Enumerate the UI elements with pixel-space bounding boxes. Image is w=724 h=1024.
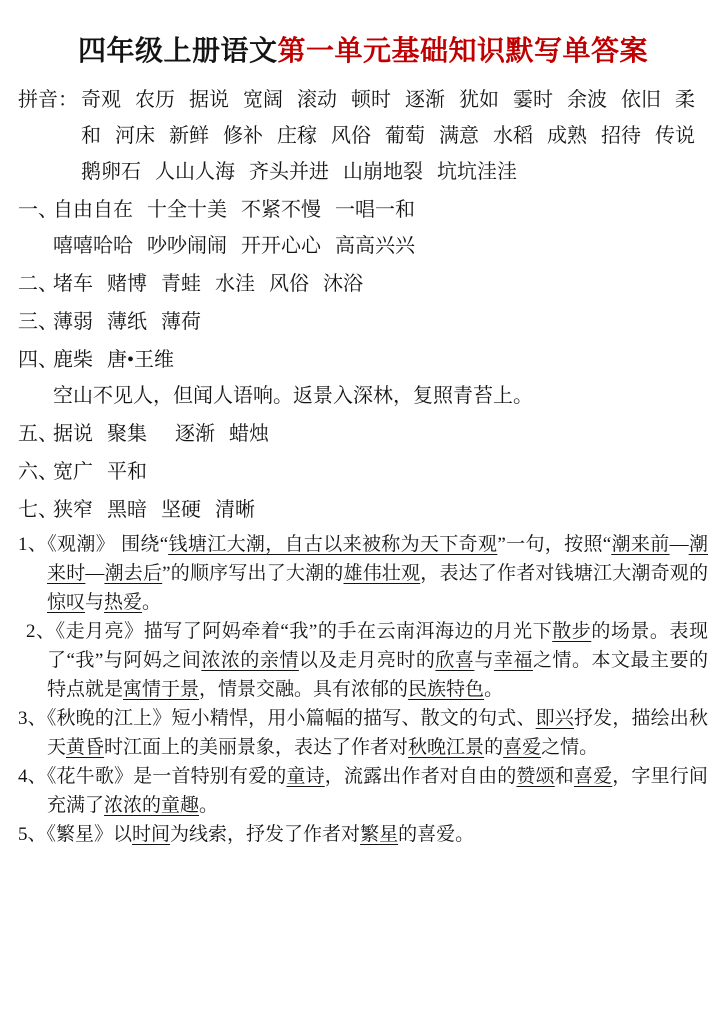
underlined-text: 时间 [132, 824, 170, 845]
word-line: 据说 聚集 逐渐 蜡烛 [53, 416, 708, 452]
word-sections: 一、自由自在 十全十美 不紧不慢 一唱一和嘻嘻哈哈 吵吵闹闹 开开心心 高高兴兴… [18, 192, 708, 528]
underlined-text: 寓情于景 [123, 679, 199, 700]
note-item: 5、《繁星》以时间为线索，抒发了作者对繁星的喜爱。 [18, 820, 708, 849]
underlined-text: 幸福 [494, 650, 533, 671]
plain-text: 的喜爱。 [398, 824, 474, 845]
underlined-text: 喜爱 [574, 766, 612, 787]
word-section-words: 堵车 赌博 青蛙 水洼 风俗 沐浴 [53, 266, 708, 302]
word-section: 二、堵车 赌博 青蛙 水洼 风俗 沐浴 [18, 266, 708, 302]
document-page: 四年级上册语文第一单元基础知识默写单答案 拼音： 奇观 农历 据说 宽阔 滚动 … [0, 0, 724, 1024]
underlined-text: 热爱 [104, 592, 142, 613]
underlined-text: 雄伟壮观 [344, 563, 421, 584]
note-item: 1、《观潮》 围绕“钱塘江大潮，自古以来被称为天下奇观”一句，按照“潮来前—潮来… [18, 530, 708, 617]
plain-text: ，流露出作者对自由的 [325, 766, 517, 787]
plain-text: 《花牛歌》是一首特别有爱的 [47, 766, 287, 787]
title-highlight: 第一单元基础知识默写单答案 [278, 36, 649, 67]
plain-text: ，情景交融。具有浓郁的 [199, 679, 408, 700]
plain-text: 与 [85, 592, 104, 613]
word-line: 自由自在 十全十美 不紧不慢 一唱一和 [53, 192, 708, 228]
word-line: 狭窄 黑暗 坚硬 清晰 [53, 492, 708, 528]
underlined-text: 欣喜 [435, 650, 474, 671]
word-section-words: 薄弱 薄纸 薄荷 [53, 304, 708, 340]
underlined-text: 即兴 [536, 708, 574, 729]
underlined-text: 潮去后 [104, 563, 162, 584]
word-section: 一、自由自在 十全十美 不紧不慢 一唱一和嘻嘻哈哈 吵吵闹闹 开开心心 高高兴兴 [18, 192, 708, 264]
underlined-text: 浓浓的童趣 [104, 795, 199, 816]
underlined-text: 浓浓的亲情 [201, 650, 299, 671]
word-section: 三、薄弱 薄纸 薄荷 [18, 304, 708, 340]
word-line: 空山不见人，但闻人语响。返景入深林，复照青苔上。 [53, 378, 708, 414]
note-number: 5、 [18, 824, 47, 845]
title-prefix: 四年级上册语文 [78, 36, 278, 67]
plain-text: 。 [484, 679, 503, 700]
lesson-notes: 1、《观潮》 围绕“钱塘江大潮，自古以来被称为天下奇观”一句，按照“潮来前—潮来… [18, 530, 708, 849]
word-section-label: 七、 [18, 492, 53, 528]
word-section-label: 四、 [18, 342, 53, 378]
word-line: 宽广 平和 [53, 454, 708, 490]
note-number: 3、 [18, 708, 47, 729]
plain-text: 的 [484, 737, 503, 758]
plain-text: 之情。 [541, 737, 598, 758]
pinyin-section: 拼音： 奇观 农历 据说 宽阔 滚动 顿时 逐渐 犹如 霎时 余波 依旧 柔和 … [18, 82, 708, 190]
note-number: 1、 [18, 534, 47, 555]
word-line: 堵车 赌博 青蛙 水洼 风俗 沐浴 [53, 266, 708, 302]
pinyin-line: 鹅卵石 人山人海 齐头并进 山崩地裂 坑坑洼洼 [81, 154, 708, 190]
plain-text: ，表达了作者对钱塘江大潮奇观的 [420, 563, 708, 584]
note-number: 2、 [26, 621, 56, 642]
plain-text: 与 [474, 650, 494, 671]
plain-text: 以及走月亮时的 [299, 650, 436, 671]
word-section-words: 宽广 平和 [53, 454, 708, 490]
word-section: 四、鹿柴 唐•王维空山不见人，但闻人语响。返景入深林，复照青苔上。 [18, 342, 708, 414]
word-section: 五、据说 聚集 逐渐 蜡烛 [18, 416, 708, 452]
plain-text: — [85, 563, 104, 584]
word-section-words: 据说 聚集 逐渐 蜡烛 [53, 416, 708, 452]
word-section-words: 自由自在 十全十美 不紧不慢 一唱一和嘻嘻哈哈 吵吵闹闹 开开心心 高高兴兴 [53, 192, 708, 264]
underlined-text: 钱塘江大潮，自古以来被称为天下奇观 [168, 534, 497, 555]
plain-text: 《繁星》以 [47, 824, 133, 845]
underlined-text: 繁星 [360, 824, 398, 845]
plain-text: 和 [555, 766, 574, 787]
word-line: 鹿柴 唐•王维 [53, 342, 708, 378]
underlined-text: 童诗 [286, 766, 324, 787]
word-line: 嘻嘻哈哈 吵吵闹闹 开开心心 高高兴兴 [53, 228, 708, 264]
plain-text: 。 [199, 795, 218, 816]
word-section-label: 三、 [18, 304, 53, 340]
underlined-text: 喜爱 [503, 737, 541, 758]
plain-text: 为线索，抒发了作者对 [170, 824, 360, 845]
underlined-text: 民族特色 [408, 679, 484, 700]
pinyin-line: 和 河床 新鲜 修补 庄稼 风俗 葡萄 满意 水稻 成熟 招待 传说 [81, 118, 708, 154]
pinyin-label: 拼音： [18, 82, 81, 118]
pinyin-word-lines: 奇观 农历 据说 宽阔 滚动 顿时 逐渐 犹如 霎时 余波 依旧 柔和 河床 新… [81, 82, 708, 190]
underlined-text: 潮来前 [611, 534, 669, 555]
plain-text: ”一句，按照“ [497, 534, 611, 555]
word-section-words: 狭窄 黑暗 坚硬 清晰 [53, 492, 708, 528]
underlined-text: 黄昏 [66, 737, 104, 758]
page-title: 四年级上册语文第一单元基础知识默写单答案 [18, 34, 708, 70]
plain-text: 《观潮》 围绕“ [47, 534, 168, 555]
word-line: 薄弱 薄纸 薄荷 [53, 304, 708, 340]
word-section-words: 鹿柴 唐•王维空山不见人，但闻人语响。返景入深林，复照青苔上。 [53, 342, 708, 414]
plain-text: 。 [142, 592, 161, 613]
word-section-label: 二、 [18, 266, 53, 302]
word-section-label: 五、 [18, 416, 53, 452]
note-item: 4、《花牛歌》是一首特别有爱的童诗，流露出作者对自由的赞颂和喜爱，字里行间充满了… [18, 762, 708, 820]
underlined-text: 赞颂 [516, 766, 554, 787]
note-item: 2、《走月亮》描写了阿妈牵着“我”的手在云南洱海边的月光下散步的场景。表现了“我… [18, 617, 708, 704]
word-section: 六、宽广 平和 [18, 454, 708, 490]
plain-text: ”的顺序写出了大潮的 [162, 563, 343, 584]
word-section-label: 六、 [18, 454, 53, 490]
plain-text: — [670, 534, 689, 555]
plain-text: 时江面上的美丽景象，表达了作者对 [104, 737, 408, 758]
underlined-text: 惊叹 [47, 592, 85, 613]
underlined-text: 散步 [552, 621, 591, 642]
note-number: 4、 [18, 766, 47, 787]
pinyin-line: 奇观 农历 据说 宽阔 滚动 顿时 逐渐 犹如 霎时 余波 依旧 柔 [81, 82, 708, 118]
plain-text: 《走月亮》描写了阿妈牵着“我”的手在云南洱海边的月光下 [56, 621, 553, 642]
note-item: 3、《秋晚的江上》短小精悍，用小篇幅的描写、散文的句式、即兴抒发，描绘出秋天黄昏… [18, 704, 708, 762]
word-section-label: 一、 [18, 192, 53, 228]
underlined-text: 秋晚江景 [408, 737, 484, 758]
plain-text: 《秋晚的江上》短小精悍，用小篇幅的描写、散文的句式、 [47, 708, 536, 729]
word-section: 七、狭窄 黑暗 坚硬 清晰 [18, 492, 708, 528]
